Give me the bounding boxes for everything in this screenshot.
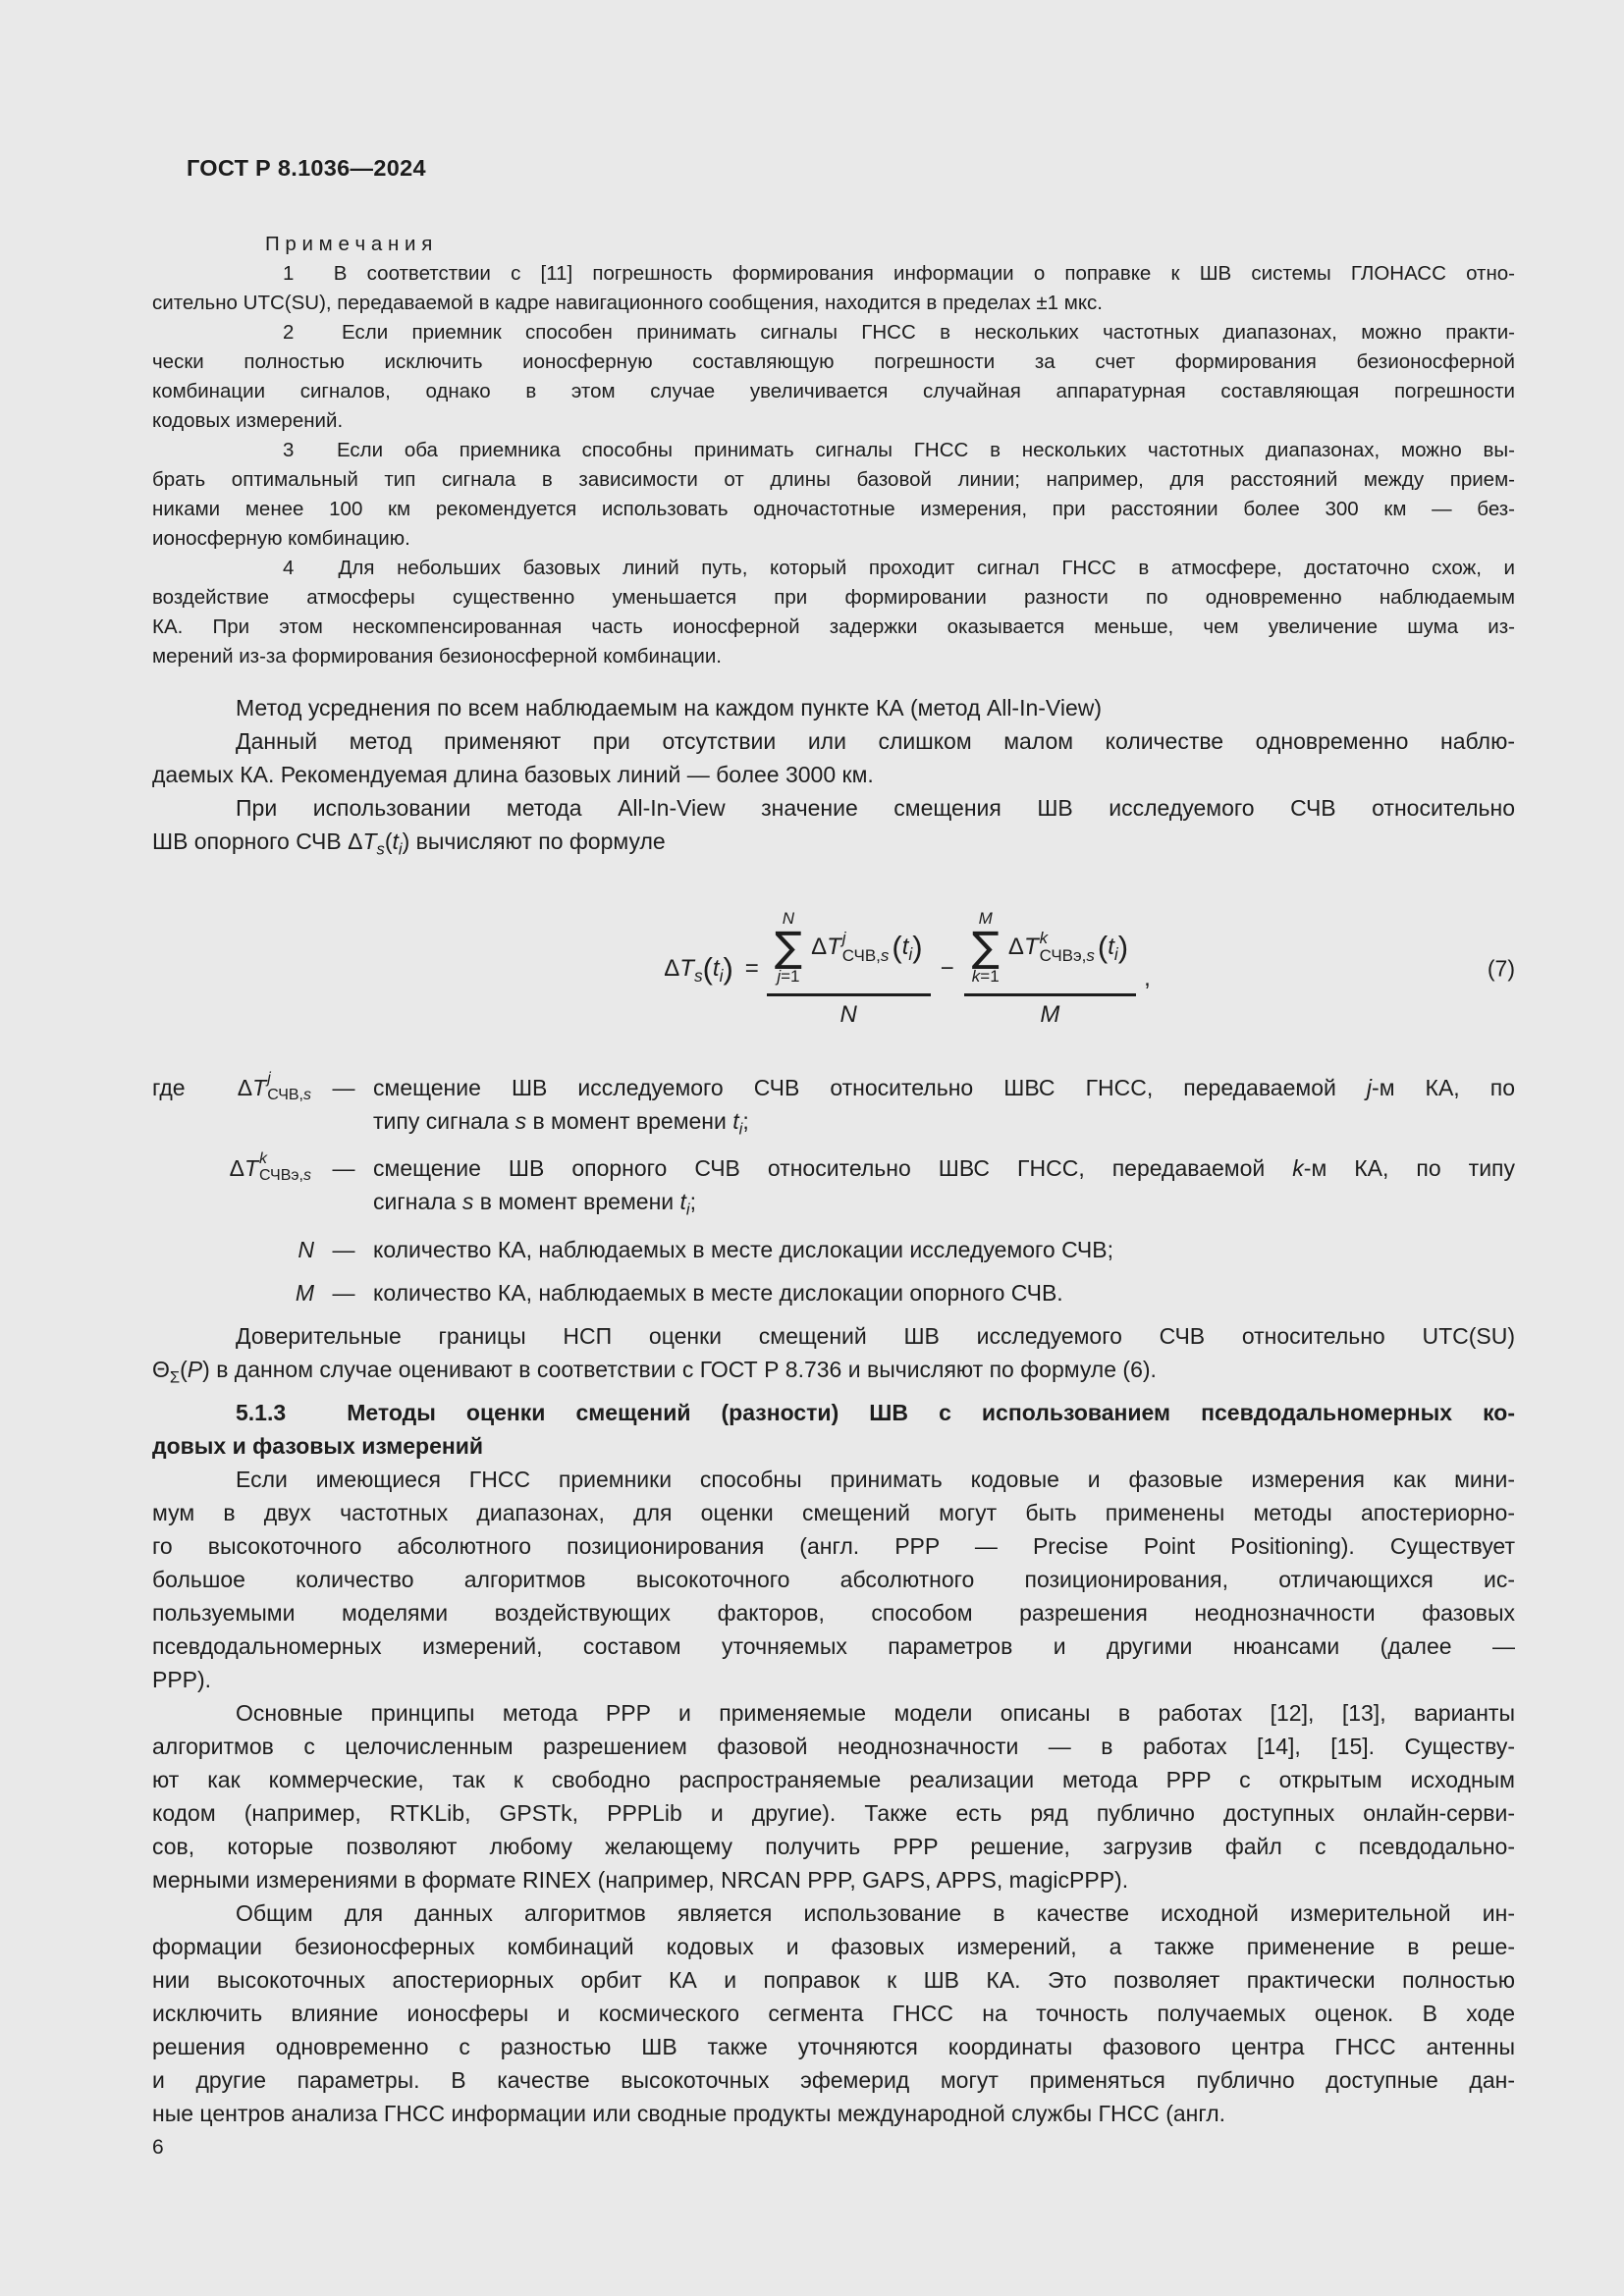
def-term-dt-k: ΔTkСЧВэ,s [201, 1151, 314, 1185]
close-paren: ) [723, 951, 732, 986]
fraction-1-denominator: N [840, 996, 857, 1029]
para-obshchim-line-7: ные центров анализа ГНСС информации или … [152, 2097, 1515, 2130]
note-2-line-3: комбинации сигналов, однако в этом случа… [152, 377, 1515, 406]
term-scripts-2-sub: СЧВэ,s [1040, 947, 1095, 965]
equation-number: (7) [1488, 955, 1515, 982]
def-dash: — [314, 1071, 373, 1104]
fraction-2: M∑k=1ΔTkСЧВэ,s(ti)M [964, 909, 1136, 1029]
def-term-m: M [201, 1276, 314, 1309]
para-esli-line-6: псевдодальномерных измерений, составом у… [152, 1629, 1515, 1663]
def-term-dt-j-scripts-sup: j [267, 1071, 271, 1088]
def-term-dt-j: ΔTjСЧВ,s [201, 1071, 314, 1104]
equals-sign: = [745, 955, 759, 983]
sum-term-1: ΔTjСЧВ,s(ti) [811, 928, 922, 967]
term-scripts-1-sup: j [842, 930, 846, 947]
note-4-line-1: 4 Для небольших базовых линий путь, кото… [152, 554, 1515, 583]
term-argument: (ti) [892, 930, 922, 965]
para-osnovnye-principy-line-1: Основные принципы метода PPP и применяем… [152, 1696, 1515, 1730]
heading-5-1-3-line-2: довых и фазовых измерений [152, 1429, 1515, 1463]
def-term-dt-k-scripts-sup: k [259, 1151, 267, 1168]
para-obshchim-line-3: нии высокоточных апостериорных орбит КА … [152, 1963, 1515, 1997]
note-3-line-3: никами менее 100 км рекомендуется исполь… [152, 495, 1515, 524]
para-doveritelnye: Доверительные границы НСП оценки смещени… [152, 1319, 1515, 1395]
para-method-usage-line-1: Данный метод применяют при отсутствии ил… [152, 724, 1515, 758]
def-text-dt-j: смещение ШВ исследуемого СЧВ относительн… [373, 1071, 1515, 1147]
def-row-2: ΔTkСЧВэ,s — смещение ШВ опорного СЧВ отн… [152, 1151, 1515, 1227]
page-number: 6 [152, 2136, 1515, 2160]
def-text-m: количество КА, наблюдаемых в месте дисло… [373, 1276, 1515, 1309]
fraction-2-denominator: M [1040, 996, 1059, 1029]
def-term-dt-j-base: ΔT [238, 1071, 266, 1104]
def-term-dt-j-scripts: jСЧВ,s [267, 1071, 311, 1104]
def-text-n-line-1: количество КА, наблюдаемых в месте дисло… [373, 1233, 1515, 1266]
note-2: 2 Если приемник способен принимать сигна… [152, 318, 1515, 436]
note-1: 1 В соответствии с [11] погрешность форм… [152, 259, 1515, 318]
fraction-2-numerator: M∑k=1ΔTkСЧВэ,s(ti) [964, 909, 1136, 996]
term-scripts-1-sub: СЧВ,s [842, 947, 890, 965]
def-text-dt-k: смещение ШВ опорного СЧВ относительно ШВ… [373, 1151, 1515, 1227]
document-page: ГОСТ Р 8.1036—2024 П р и м е ч а н и я 1… [152, 155, 1515, 2160]
sum-lower-limit: k=1 [972, 967, 1000, 987]
para-esli-line-4: большое количество алгоритмов высокоточн… [152, 1563, 1515, 1596]
note-1-line-1: 1 В соответствии с [11] погрешность форм… [152, 259, 1515, 289]
def-dash: — [314, 1151, 373, 1185]
para-obshchim-line-5: решения одновременно с разностью ШВ такж… [152, 2030, 1515, 2063]
notes-title: П р и м е ч а н и я [152, 230, 1515, 259]
note-3-line-4: ионосферную комбинацию. [152, 524, 1515, 554]
para-all-in-view: Метод усреднения по всем наблюдаемым на … [152, 691, 1515, 724]
notes-section: П р и м е ч а н и я 1 В соответствии с [… [152, 230, 1515, 671]
para-obshchim-line-1: Общим для данных алгоритмов является исп… [152, 1896, 1515, 1930]
para-pri-ispolzovanii-line-2: ШВ опорного СЧВ ΔTs(ti) вычисляют по фор… [152, 825, 1515, 867]
document-title: ГОСТ Р 8.1036—2024 [187, 155, 1515, 183]
equation-7: ΔTs(ti)=N∑j=1ΔTjСЧВ,s(ti)N−M∑k=1ΔTkСЧВэ,… [664, 909, 1150, 1029]
def-dash: — [314, 1233, 373, 1266]
para-obshchim-line-2: формации безионосферных комбинаций кодов… [152, 1930, 1515, 1963]
sum-operator-1: N∑j=1 [775, 909, 802, 987]
para-osnovnye-principy-line-4: кодом (например, RTKLib, GPSTk, PPPLib и… [152, 1796, 1515, 1830]
def-text-n: количество КА, наблюдаемых в месте дисло… [373, 1233, 1515, 1266]
def-term-dt-k-base: ΔT [230, 1151, 258, 1185]
para-esli: Если имеющиеся ГНСС приемники способны п… [152, 1463, 1515, 1696]
para-doveritelnye-line-1: Доверительные границы НСП оценки смещени… [152, 1319, 1515, 1353]
open-paren: ( [703, 951, 713, 986]
para-osnovnye-principy-line-2: алгоритмов с целочисленным разрешением ф… [152, 1730, 1515, 1763]
para-pri-ispolzovanii-line-1: При использовании метода All-In-View зна… [152, 791, 1515, 825]
para-doveritelnye-line-2: ΘΣ(P) в данном случае оценивают в соотве… [152, 1353, 1515, 1395]
para-obshchim-line-6: и другие параметры. В качестве высокоточ… [152, 2063, 1515, 2097]
def-term-dt-k-scripts-sub: СЧВэ,s [259, 1168, 311, 1185]
equation-lhs: ΔTs(ti) [664, 951, 733, 987]
def-text-dt-j-line-2: типу сигнала s в момент времени ti; [373, 1104, 1515, 1147]
note-1-line-2: сительно UTC(SU), передаваемой в кадре н… [152, 289, 1515, 318]
term-scripts-1: jСЧВ,s [842, 930, 890, 965]
note-3-line-1: 3 Если оба приемника способны принимать … [152, 436, 1515, 465]
note-2-line-1: 2 Если приемник способен принимать сигна… [152, 318, 1515, 347]
term-argument: (ti) [1098, 930, 1128, 965]
def-term-dt-j-scripts-sub: СЧВ,s [267, 1088, 311, 1104]
note-3: 3 Если оба приемника способны принимать … [152, 436, 1515, 554]
term-base: ΔT [811, 934, 841, 961]
def-term-dt-k-scripts: kСЧВэ,s [259, 1151, 311, 1185]
def-text-dt-k-line-2: сигнала s в момент времени ti; [373, 1185, 1515, 1227]
note-4-line-4: мерений из-за формирования безионосферно… [152, 642, 1515, 671]
formula-comma: , [1144, 965, 1151, 992]
note-2-line-4: кодовых измерений. [152, 406, 1515, 436]
definitions-list: где ΔTjСЧВ,s — смещение ШВ исследуемого … [152, 1071, 1515, 1309]
sum-term-2: ΔTkСЧВэ,s(ti) [1008, 928, 1128, 967]
minus-sign: − [941, 955, 954, 983]
def-text-dt-j-line-1: смещение ШВ исследуемого СЧВ относительн… [373, 1071, 1515, 1104]
def-text-m-line-1: количество КА, наблюдаемых в месте дисло… [373, 1276, 1515, 1309]
heading-5-1-3-line-1: 5.1.3 Методы оценки смещений (разности) … [152, 1396, 1515, 1429]
para-method-usage-line-2: даемых КА. Рекомендуемая длина базовых л… [152, 758, 1515, 791]
fraction-1-numerator: N∑j=1ΔTjСЧВ,s(ti) [767, 909, 931, 996]
para-esli-line-5: пользуемыми моделями воздействующих факт… [152, 1596, 1515, 1629]
term-scripts-2-sup: k [1040, 930, 1049, 947]
def-text-dt-k-line-1: смещение ШВ опорного СЧВ относительно ШВ… [373, 1151, 1515, 1185]
term-base: ΔT [1008, 934, 1039, 961]
sum-lower-limit: j=1 [777, 967, 799, 987]
sigma-symbol: ∑ [972, 928, 1000, 967]
note-4-line-2: воздействие атмосферы существенно уменьш… [152, 583, 1515, 613]
para-esli-line-1: Если имеющиеся ГНСС приемники способны п… [152, 1463, 1515, 1496]
note-3-line-2: брать оптимальный тип сигнала в зависимо… [152, 465, 1515, 495]
para-all-in-view-line-1: Метод усреднения по всем наблюдаемым на … [152, 691, 1515, 724]
def-row-4: M — количество КА, наблюдаемых в месте д… [152, 1276, 1515, 1309]
formula-7-block: ΔTs(ti)=N∑j=1ΔTjСЧВ,s(ti)N−M∑k=1ΔTkСЧВэ,… [152, 890, 1515, 1047]
def-dash: — [314, 1276, 373, 1309]
para-osnovnye-principy: Основные принципы метода PPP и применяем… [152, 1696, 1515, 1896]
def-term-n: N [201, 1233, 314, 1266]
para-esli-line-3: го высокоточного абсолютного позициониро… [152, 1529, 1515, 1563]
fraction-1: N∑j=1ΔTjСЧВ,s(ti)N [767, 909, 931, 1029]
para-osnovnye-principy-line-6: мерными измерениями в формате RINEX (нап… [152, 1863, 1515, 1896]
def-row-3: N — количество КА, наблюдаемых в месте д… [152, 1233, 1515, 1266]
sigma-symbol: ∑ [775, 928, 802, 967]
para-osnovnye-principy-line-5: сов, которые позволяют любому желающему … [152, 1830, 1515, 1863]
para-esli-line-2: мум в двух частотных диапазонах, для оце… [152, 1496, 1515, 1529]
para-pri-ispolzovanii: При использовании метода All-In-View зна… [152, 791, 1515, 867]
def-lead: где [152, 1071, 201, 1104]
para-method-usage: Данный метод применяют при отсутствии ил… [152, 724, 1515, 791]
heading-5-1-3: 5.1.3 Методы оценки смещений (разности) … [152, 1396, 1515, 1463]
term-scripts-2: kСЧВэ,s [1040, 930, 1095, 965]
def-row-1: где ΔTjСЧВ,s — смещение ШВ исследуемого … [152, 1071, 1515, 1147]
para-obshchim: Общим для данных алгоритмов является исп… [152, 1896, 1515, 2130]
para-esli-line-7: PPP). [152, 1663, 1515, 1696]
para-obshchim-line-4: исключить влияние ионосферы и космическо… [152, 1997, 1515, 2030]
note-2-line-2: чески полностью исключить ионосферную со… [152, 347, 1515, 377]
note-4: 4 Для небольших базовых линий путь, кото… [152, 554, 1515, 671]
sum-operator-2: M∑k=1 [972, 909, 1000, 987]
note-4-line-3: КА. При этом нескомпенсированная часть и… [152, 613, 1515, 642]
para-osnovnye-principy-line-3: ют как коммерческие, так к свободно расп… [152, 1763, 1515, 1796]
